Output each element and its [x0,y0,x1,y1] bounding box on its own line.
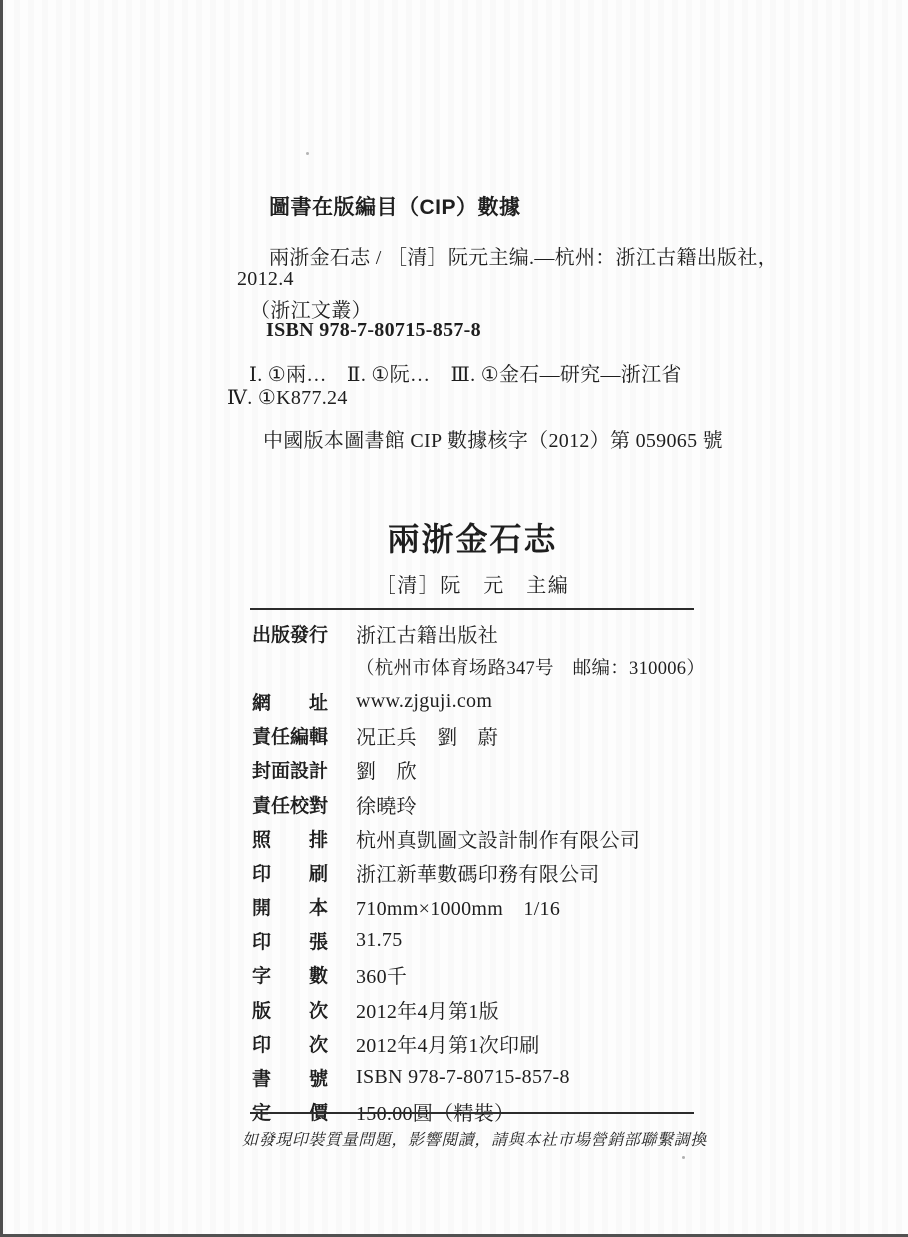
colophon-row-impression: 印 次 2012年4月第1次印刷 [252,1026,812,1060]
colophon-row-word-count: 字 數 360千 [252,958,812,992]
divider-top [250,608,694,610]
colophon-row-cover-design: 封面設計 劉 欣 [252,753,812,787]
colophon-row-address: （杭州市体育场路347号 邮编：310006） [252,650,812,684]
book-copyright-page: 圖書在版編目（CIP）數據 兩浙金石志 / ［清］阮元主编.—杭州：浙江古籍出版… [0,0,908,1237]
colophon-value: 徐曉玲 [356,790,417,819]
colophon-label: 版 次 [252,996,342,1023]
colophon-label: 字 數 [252,961,342,988]
colophon-label: 封面設計 [252,756,342,783]
colophon-row-publisher: 出版發行 浙江古籍出版社 [252,616,812,650]
scan-dust-speck [306,152,309,155]
divider-bottom [250,1112,694,1114]
cip-title-line: 兩浙金石志 / ［清］阮元主编.—杭州：浙江古籍出版社， [269,241,778,270]
colophon-value: 2012年4月第1次印刷 [356,1029,540,1058]
colophon-row-format: 開 本 710mm×1000mm 1/16 [252,890,812,924]
cip-block-heading: 圖書在版編目（CIP）數據 [269,191,521,221]
colophon-value: 杭州真凱圖文設計制作有限公司 [356,824,640,853]
scan-left-edge-line [0,0,3,1237]
colophon-value: 劉 欣 [356,755,417,784]
colophon-label: 印 刷 [252,859,342,886]
cip-registration-line: 中國版本圖書館 CIP 數據核字（2012）第 059065 號 [263,424,723,453]
colophon-row-website: 網 址 www.zjguji.com [252,684,812,718]
colophon-value: 浙江新華數碼印務有限公司 [356,858,600,887]
colophon-row-editor: 責任編輯 况正兵 劉 蔚 [252,719,812,753]
scan-dust-speck [682,1156,685,1159]
colophon-row-proofreader: 責任校對 徐曉玲 [252,787,812,821]
colophon-label: 印 張 [252,927,342,954]
colophon-row-sheets: 印 張 31.75 [252,924,812,958]
colophon-value: 2012年4月第1版 [356,995,499,1024]
colophon-value: 况正兵 劉 蔚 [356,721,498,750]
colophon-table: 出版發行 浙江古籍出版社 （杭州市体育场路347号 邮编：310006） 網 址… [252,616,812,1129]
colophon-label: 開 本 [252,893,342,920]
cip-isbn-line: ISBN 978-7-80715-857-8 [266,319,481,342]
colophon-value: 360千 [356,960,407,989]
quality-exchange-note: 如發現印裝質量問題，影響閱讀，請與本社市場營銷部聯繫調換 [242,1127,702,1150]
colophon-row-printing: 印 刷 浙江新華數碼印務有限公司 [252,855,812,889]
cip-classification-line-2: Ⅳ. ①K877.24 [227,385,348,410]
colophon-value: 浙江古籍出版社 [356,619,498,648]
colophon-row-typesetting: 照 排 杭州真凱圖文設計制作有限公司 [252,821,812,855]
colophon-value: （杭州市体育场路347号 邮编：310006） [356,654,705,680]
cip-date-line: 2012.4 [237,268,294,291]
colophon-value: 31.75 [356,929,403,952]
cip-classification-line-1: Ⅰ. ①兩… Ⅱ. ①阮… Ⅲ. ①金石—研究—浙江省 [249,358,682,387]
book-byline: ［清］阮 元 主編 [250,569,695,598]
colophon-label: 責任校對 [252,791,342,818]
colophon-row-isbn: 書 號 ISBN 978-7-80715-857-8 [252,1060,812,1094]
colophon-label: 網 址 [252,688,342,715]
colophon-label: 書 號 [252,1064,342,1091]
colophon-value: 710mm×1000mm 1/16 [356,892,560,921]
colophon-value: www.zjguji.com [356,690,492,713]
colophon-label: 照 排 [252,825,342,852]
colophon-label: 責任編輯 [252,722,342,749]
colophon-row-edition: 版 次 2012年4月第1版 [252,992,812,1026]
colophon-value: ISBN 978-7-80715-857-8 [356,1066,570,1089]
colophon-label: 印 次 [252,1030,342,1057]
colophon-label: 出版發行 [252,620,342,647]
book-title: 兩浙金石志 [250,514,695,560]
